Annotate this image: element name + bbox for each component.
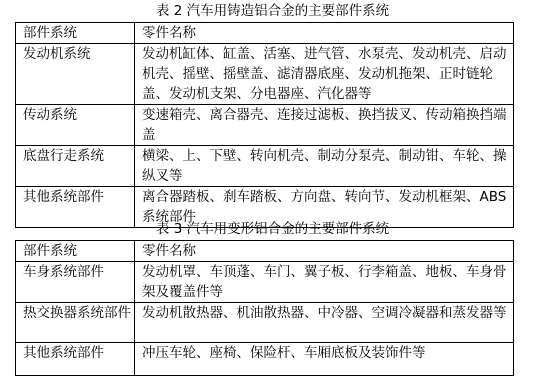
table-row: 底盘行走系统 横梁、上、下壁、转向机壳、制动分泵壳、制动钳、车轮、操纵叉等 bbox=[16, 146, 514, 187]
row-system: 车身系统部件 bbox=[16, 262, 135, 303]
row-system: 传动系统 bbox=[16, 105, 135, 146]
header-parts: 零件名称 bbox=[135, 241, 514, 262]
table-row: 其他系统部件 冲压车轮、座椅、保险杆、车厢底板及装饰件等 bbox=[16, 343, 514, 376]
table-header-row: 部件系统 零件名称 bbox=[16, 241, 514, 262]
table2-caption: 表 2 汽车用铸造铝合金的主要部件系统 bbox=[0, 2, 545, 20]
table3-wrought-aluminum-parts: 部件系统 零件名称 车身系统部件 发动机罩、车顶蓬、车门、翼子板、行李箱盖、地板… bbox=[15, 240, 514, 376]
table-row: 车身系统部件 发动机罩、车顶蓬、车门、翼子板、行李箱盖、地板、车身骨架及覆盖件等 bbox=[16, 262, 514, 303]
table2-cast-aluminum-parts: 部件系统 零件名称 发动机系统 发动机缸体、缸盖、活塞、进气管、水泵壳、发动机壳… bbox=[15, 22, 514, 228]
row-parts: 发动机缸体、缸盖、活塞、进气管、水泵壳、发动机壳、启动机壳、摇壁、摇壁盖、滤清器… bbox=[135, 44, 514, 105]
row-system: 底盘行走系统 bbox=[16, 146, 135, 187]
header-parts: 零件名称 bbox=[135, 23, 514, 44]
row-parts: 发动机散热器、机油散热器、中冷器、空调冷凝器和蒸发器等 bbox=[135, 303, 514, 343]
row-system: 发动机系统 bbox=[16, 44, 135, 105]
table3-caption: 表 3 汽车用变形铝合金的主要部件系统 bbox=[0, 220, 545, 238]
table-row: 热交换器系统部件 发动机散热器、机油散热器、中冷器、空调冷凝器和蒸发器等 bbox=[16, 303, 514, 343]
header-system: 部件系统 bbox=[16, 241, 135, 262]
row-system: 热交换器系统部件 bbox=[16, 303, 135, 343]
row-parts: 发动机罩、车顶蓬、车门、翼子板、行李箱盖、地板、车身骨架及覆盖件等 bbox=[135, 262, 514, 303]
row-parts: 变速箱壳、离合器壳、连接过滤板、换挡拔叉、传动箱换挡端盖 bbox=[135, 105, 514, 146]
row-system: 其他系统部件 bbox=[16, 343, 135, 376]
header-system: 部件系统 bbox=[16, 23, 135, 44]
table-row: 发动机系统 发动机缸体、缸盖、活塞、进气管、水泵壳、发动机壳、启动机壳、摇壁、摇… bbox=[16, 44, 514, 105]
table-header-row: 部件系统 零件名称 bbox=[16, 23, 514, 44]
table-row: 传动系统 变速箱壳、离合器壳、连接过滤板、换挡拔叉、传动箱换挡端盖 bbox=[16, 105, 514, 146]
row-parts: 横梁、上、下壁、转向机壳、制动分泵壳、制动钳、车轮、操纵叉等 bbox=[135, 146, 514, 187]
row-parts: 冲压车轮、座椅、保险杆、车厢底板及装饰件等 bbox=[135, 343, 514, 376]
